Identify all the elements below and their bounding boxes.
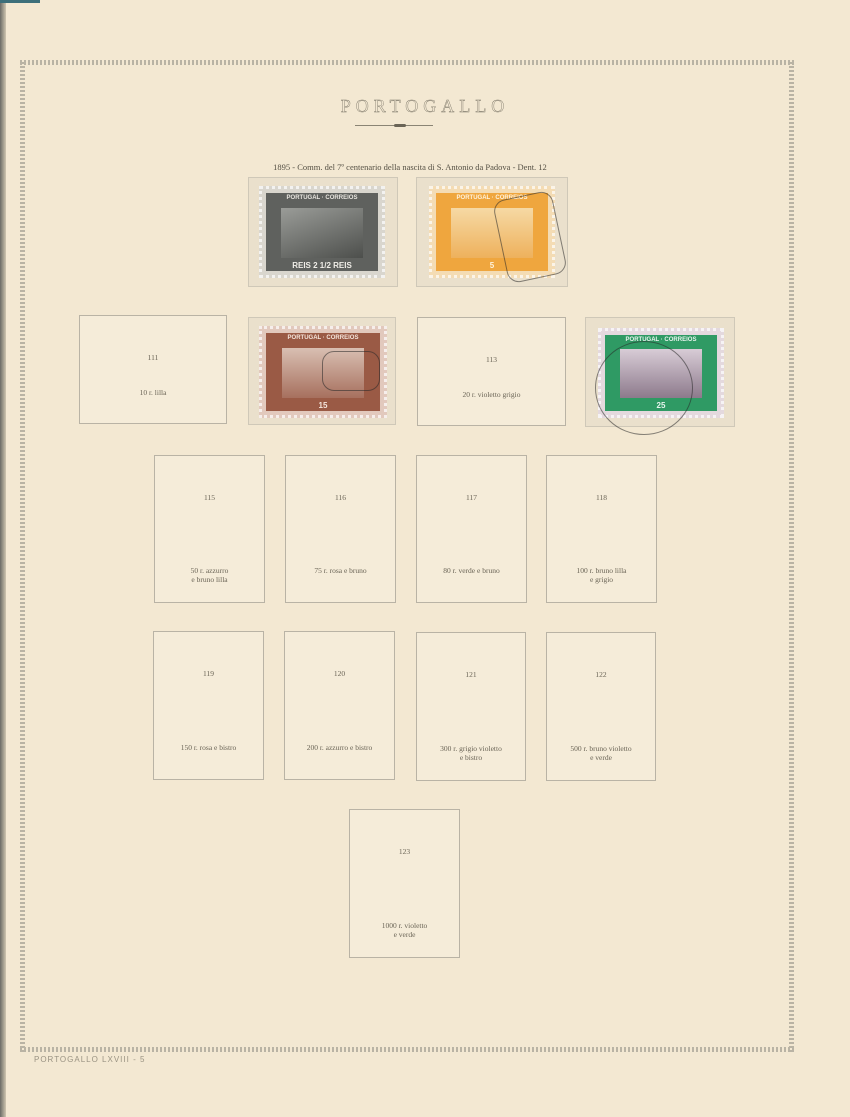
empty-stamp-slot-115[interactable]: 115 50 r. azzurro e bruno lilla: [154, 455, 265, 603]
stamp-mount[interactable]: PORTUGAL · CORREIOS 15: [248, 317, 396, 425]
empty-stamp-slot-123[interactable]: 123 1000 r. violetto e verde: [349, 809, 460, 958]
catalog-number: 115: [155, 493, 264, 502]
stamp-mount[interactable]: PORTUGAL · CORREIOS 25: [585, 317, 735, 427]
postmark-cancel: [595, 341, 693, 435]
stamp-description-line2: e bistro: [417, 753, 525, 762]
empty-stamp-slot-111[interactable]: 111 10 r. lilla: [79, 315, 227, 424]
catalog-number: 113: [418, 355, 565, 364]
empty-stamp-slot-116[interactable]: 116 75 r. rosa e bruno: [285, 455, 396, 603]
stamp-description: 50 r. azzurro: [155, 566, 264, 575]
empty-stamp-slot-119[interactable]: 119 150 r. rosa e bistro: [153, 631, 264, 780]
stamp-description: 200 r. azzurro e bistro: [285, 743, 394, 752]
catalog-number: 123: [350, 847, 459, 856]
stamp-description: 1000 r. violetto: [350, 921, 459, 930]
stamp-5-reis[interactable]: PORTUGAL · CORREIOS 5: [429, 186, 555, 278]
catalog-number: 121: [417, 670, 525, 679]
issue-description: 1895 - Comm. del 7º centenario della nas…: [0, 162, 820, 172]
empty-stamp-slot-118[interactable]: 118 100 r. bruno lilla e grigio: [546, 455, 657, 603]
stamp-description: 20 r. violetto grigio: [418, 390, 565, 399]
empty-stamp-slot-122[interactable]: 122 500 r. bruno violetto e verde: [546, 632, 656, 781]
postmark-cancel: [322, 351, 380, 391]
stamp-description-line2: e grigio: [547, 575, 656, 584]
stamp-value: REIS 2 1/2 REIS: [262, 261, 382, 270]
stamp-legend: PORTUGAL · CORREIOS: [262, 335, 384, 341]
stamp-2-half-reis[interactable]: PORTUGAL · CORREIOS REIS 2 1/2 REIS: [259, 186, 385, 278]
stamp-25-reis[interactable]: PORTUGAL · CORREIOS 25: [598, 328, 724, 418]
stamp-legend: PORTUGAL · CORREIOS: [262, 195, 382, 201]
stamp-description-line2: e verde: [350, 930, 459, 939]
empty-stamp-slot-121[interactable]: 121 300 r. grigio violetto e bistro: [416, 632, 526, 781]
page-title: PORTOGALLO: [0, 96, 850, 117]
stamp-description-line2: e bruno lilla: [155, 575, 264, 584]
empty-stamp-slot-120[interactable]: 120 200 r. azzurro e bistro: [284, 631, 395, 780]
page-footer-label: PORTOGALLO LXVIII - 5: [34, 1055, 145, 1064]
stamp-description: 500 r. bruno violetto: [547, 744, 655, 753]
stamp-description: 150 r. rosa e bistro: [154, 743, 263, 752]
stamp-mount[interactable]: PORTUGAL · CORREIOS 5: [416, 177, 568, 287]
catalog-number: 120: [285, 669, 394, 678]
catalog-number: 118: [547, 493, 656, 502]
stamp-value: 15: [262, 401, 384, 410]
catalog-number: 119: [154, 669, 263, 678]
catalog-number: 116: [286, 493, 395, 502]
stamp-description: 80 r. verde e bruno: [417, 566, 526, 575]
stamp-legend: PORTUGAL · CORREIOS: [601, 337, 721, 343]
stamp-description: 300 r. grigio violetto: [417, 744, 525, 753]
page-corner-mark: [0, 0, 40, 3]
stamp-mount[interactable]: PORTUGAL · CORREIOS REIS 2 1/2 REIS: [248, 177, 398, 287]
stamp-description: 10 r. lilla: [80, 388, 226, 397]
catalog-number: 111: [80, 353, 226, 362]
empty-stamp-slot-117[interactable]: 117 80 r. verde e bruno: [416, 455, 527, 603]
stamp-description-line2: e verde: [547, 753, 655, 762]
stamp-description: 75 r. rosa e bruno: [286, 566, 395, 575]
title-divider-ornament: [394, 124, 406, 127]
catalog-number: 117: [417, 493, 526, 502]
catalog-number: 122: [547, 670, 655, 679]
empty-stamp-slot-113[interactable]: 113 20 r. violetto grigio: [417, 317, 566, 426]
stamp-15-reis[interactable]: PORTUGAL · CORREIOS 15: [259, 326, 387, 418]
stamp-description: 100 r. bruno lilla: [547, 566, 656, 575]
